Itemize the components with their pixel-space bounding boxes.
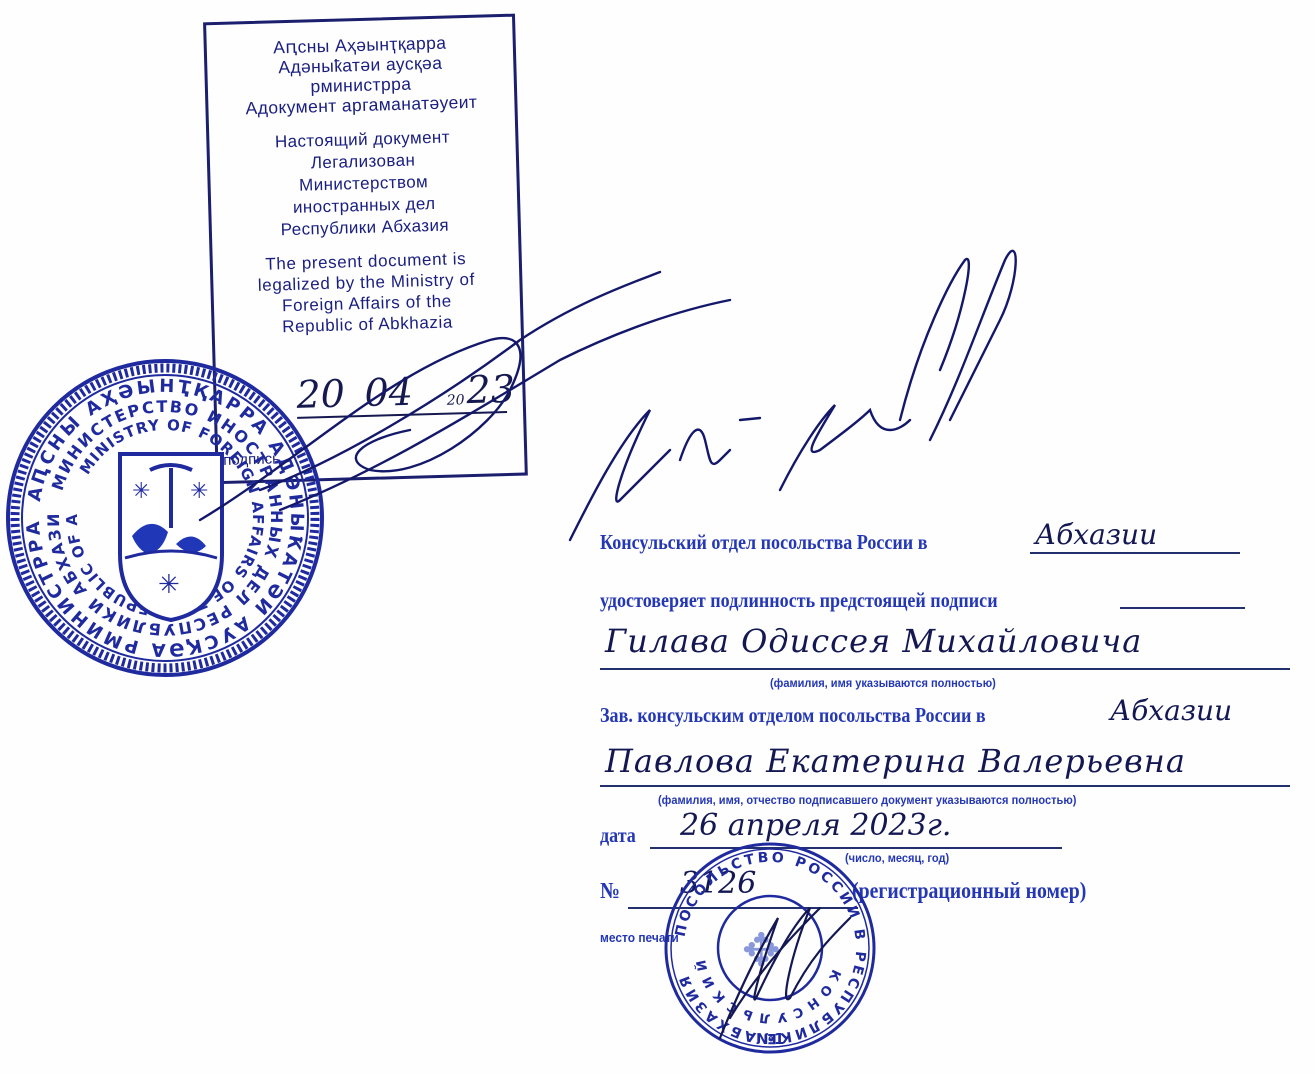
form-country-value: Абхазии — [1110, 694, 1232, 727]
form-consular-department-label: Консульский отдел посольства России в — [600, 530, 927, 555]
form-head-label: Зав. консульским отделом посольства Росс… — [600, 703, 986, 728]
form-number-label: № — [600, 878, 620, 904]
form-number-caption: (регистрационный номер) — [852, 878, 1086, 904]
main-signature: Гал-Кишв — [260, 220, 980, 520]
form-certifies-label: удостоверяет подлинность предстоящей под… — [600, 588, 998, 613]
star-icon: ✳ — [190, 478, 208, 503]
form-underline — [600, 785, 1290, 787]
star-icon: ✳ — [132, 478, 150, 503]
abkhazia-emblem-icon: ✳ ✳ ✳ — [120, 454, 222, 620]
form-head-name: Павлова Екатерина Валерьевна — [605, 742, 1186, 780]
signature-text: Гал-Кишв — [590, 459, 595, 461]
form-signer-name: Гилава Одиссея Михайловича — [605, 622, 1142, 660]
form-date-label: дата — [600, 823, 636, 848]
form-country-value: Абхазии — [1035, 518, 1157, 551]
form-signer-caption: (фамилия, имя указываются полностью) — [770, 676, 996, 690]
consular-seal-number: №1 — [756, 1030, 784, 1048]
form-underline — [1120, 607, 1245, 609]
form-underline — [1030, 552, 1240, 554]
form-head-caption: (фамилия, имя, отчество подписавшего док… — [658, 793, 1076, 807]
stamp-abkhaz-text: Аԥсны Аҳәынҭқарра Адәныҟатәи аусқәа рмин… — [207, 31, 515, 120]
form-underline — [600, 668, 1290, 670]
consular-round-seal: ПОСОЛЬСТВО РОССИИ В РЕСПУБЛИКЕ АБХАЗИЯ К… — [660, 838, 880, 1058]
star-icon: ✳ — [158, 569, 180, 599]
